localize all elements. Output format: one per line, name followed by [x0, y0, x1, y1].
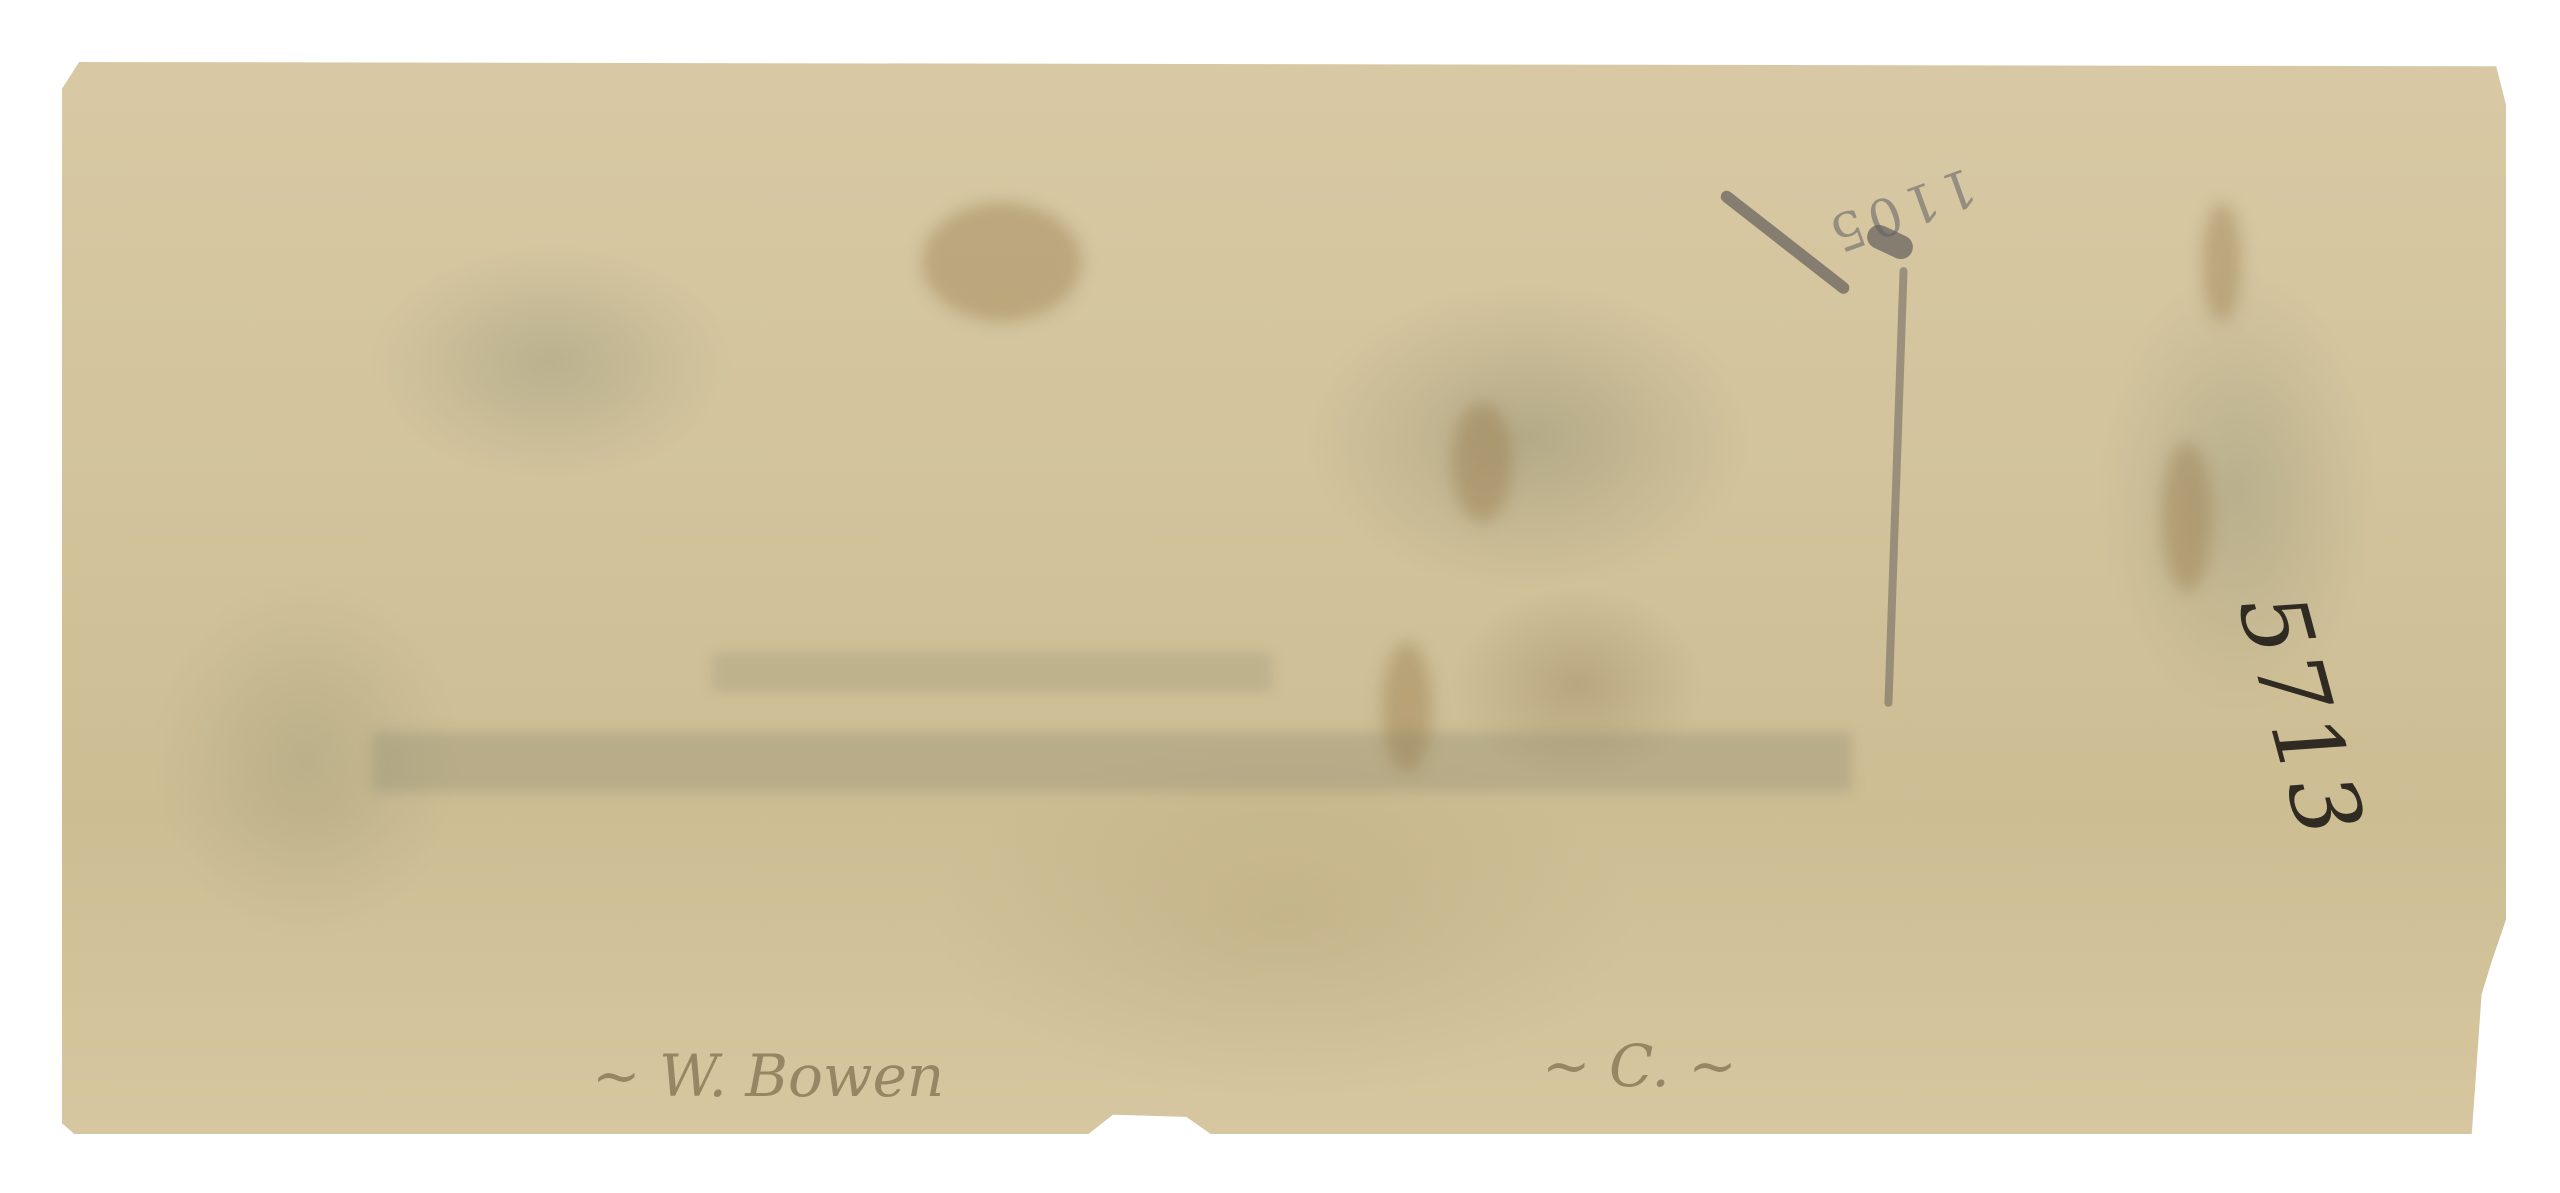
banknote-reverse: 1105 5713 ~ W. Bowen ~ C. ~ — [62, 62, 2506, 1134]
stain — [922, 202, 1082, 322]
signature-left: ~ W. Bowen — [592, 1042, 944, 1110]
stain — [2162, 442, 2212, 592]
pencil-stroke — [1884, 267, 1907, 707]
ink-number: 5713 — [2217, 582, 2385, 851]
bleed-through-subtitle-band — [712, 652, 1272, 692]
stain — [1452, 402, 1512, 522]
bleed-through-title-band — [372, 732, 1852, 792]
stain — [1382, 642, 1432, 772]
image-canvas: 1105 5713 ~ W. Bowen ~ C. ~ — [0, 0, 2560, 1193]
signature-right: ~ C. ~ — [1542, 1032, 1737, 1100]
stain — [2202, 202, 2242, 322]
